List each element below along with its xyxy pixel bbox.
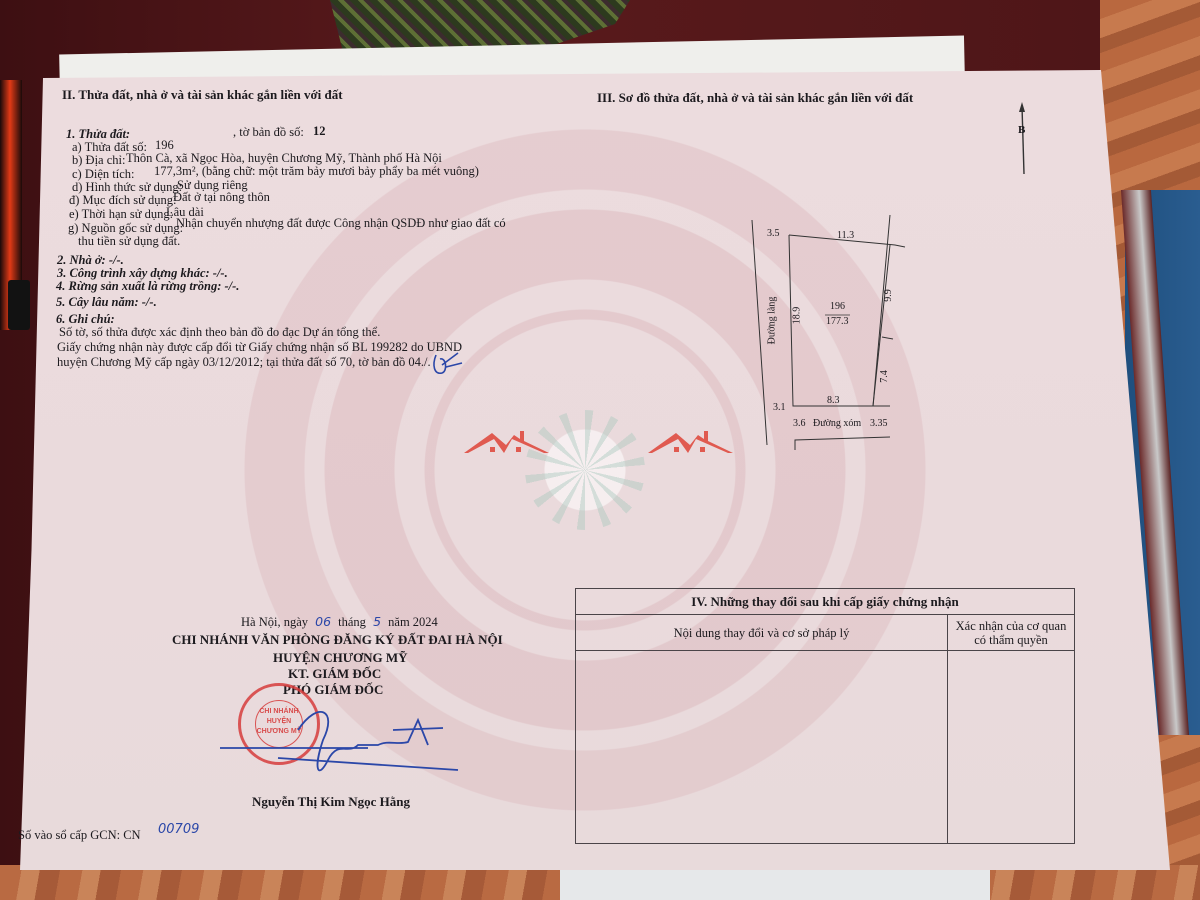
left-edge-length: 18.9 (791, 307, 802, 325)
use-form-label: d) Hình thức sử dụng: (72, 180, 182, 194)
section-2-title: II. Thửa đất, nhà ở và tài sản khác gắn … (62, 87, 343, 103)
use-purpose-value: Đất ở tại nông thôn (173, 190, 270, 204)
handwritten-signature-icon (218, 700, 468, 780)
right-lower-edge-length: 7.4 (879, 370, 890, 383)
item6-notes-label: 6. Ghi chú: (56, 312, 115, 326)
corner-bottom-left: 3.1 (773, 402, 786, 413)
right-upper-edge-length: 9.9 (883, 289, 894, 302)
pen-cap (8, 280, 30, 330)
issue-day: 06 (315, 614, 331, 629)
column-change-content: Nội dung thay đổi và cơ sở pháp lý (576, 615, 948, 651)
column-authority-confirmation: Xác nhận của cơ quan có thẩm quyền (948, 615, 1075, 651)
item4-forest: 4. Rừng sản xuất là rừng trồng: -/-. (56, 279, 239, 293)
changes-table: IV. Những thay đổi sau khi cấp giấy chứn… (575, 588, 1075, 844)
item2-house: 2. Nhà ở: -/-. (57, 253, 124, 267)
house-roof-icon (464, 431, 549, 453)
north-arrow-icon (1010, 100, 1030, 180)
watermark-logos (464, 425, 734, 457)
corner-top-left: 3.5 (767, 228, 780, 239)
note-line-3: huyện Chương Mỹ cấp ngày 03/12/2012; tại… (57, 355, 431, 369)
signer-name: Nguyễn Thị Kim Ngọc Hằng (252, 794, 410, 810)
top-edge-length: 11.3 (837, 230, 854, 241)
note-line-1: Số tờ, số thửa được xác định theo bản đồ… (59, 325, 380, 339)
issuing-org-line1: CHI NHÁNH VĂN PHÒNG ĐĂNG KÝ ĐẤT ĐAI HÀ N… (172, 632, 503, 648)
registry-number: 00709 (158, 822, 199, 837)
parcel-sketch: 3.5 11.3 18.9 196 177.3 9.9 7.4 8.3 3.1 … (740, 215, 940, 465)
map-sheet-prefix: , tờ bản đồ số: (233, 125, 304, 139)
issue-month: 5 (373, 614, 381, 629)
parcel-number: 196 (830, 301, 845, 312)
use-term-label: e) Thời hạn sử dụng: (69, 207, 173, 221)
section-3-title: III. Sơ đồ thửa đất, nhà ở và tài sản kh… (597, 90, 913, 106)
road-bottom-left-width: 3.6 (793, 418, 806, 429)
registry-label: Số vào sổ cấp GCN: CN (18, 828, 141, 842)
year-label: năm 2024 (388, 615, 438, 629)
item3-other-construction: 3. Công trình xây dựng khác: -/-. (57, 266, 228, 280)
road-bottom-label: Đường xóm (813, 418, 861, 429)
origin-value: Nhận chuyển nhượng đất được Công nhận QS… (176, 216, 506, 230)
place-date: Hà Nội, ngày 06 tháng 5 năm 2024 (241, 615, 438, 629)
parcel-area: 177.3 (826, 316, 849, 327)
change-content-cell (576, 651, 948, 844)
parcel-no-value: 196 (155, 138, 174, 152)
bottom-edge-length: 8.3 (827, 395, 840, 406)
place-date-prefix: Hà Nội, ngày (241, 615, 308, 629)
north-label: B (1018, 124, 1025, 136)
road-bottom-right-width: 3.35 (870, 418, 888, 429)
month-label: tháng (338, 615, 366, 629)
item1-label: 1. Thửa đất: (66, 127, 130, 141)
note-line-2: Giấy chứng nhận này được cấp đổi từ Giấy… (57, 340, 462, 354)
address-value: Thôn Cà, xã Ngọc Hòa, huyện Chương Mỹ, T… (126, 151, 442, 165)
use-purpose-label: đ) Mục đích sử dụng: (69, 193, 176, 207)
map-sheet-number: 12 (313, 124, 326, 138)
initials-signature-icon (428, 345, 468, 385)
house-roof-icon (648, 431, 733, 453)
area-value: 177,3m², (bằng chữ: một trăm bảy mươi bả… (154, 164, 479, 178)
road-left-label: Đường làng (766, 297, 777, 345)
origin-value-cont: thu tiền sử dụng đất. (78, 234, 180, 248)
area-label: c) Diện tích: (72, 167, 134, 181)
authority-confirmation-cell (948, 651, 1075, 844)
item5-perennial: 5. Cây lâu năm: -/-. (56, 295, 157, 309)
address-label: b) Địa chỉ: (72, 153, 125, 167)
issuing-org-line2: HUYỆN CHƯƠNG MỸ (273, 650, 408, 666)
section-4-title: IV. Những thay đổi sau khi cấp giấy chứn… (576, 589, 1075, 615)
origin-label: g) Nguồn gốc sử dụng: (68, 221, 183, 235)
role-line1: KT. GIÁM ĐỐC (288, 666, 381, 682)
